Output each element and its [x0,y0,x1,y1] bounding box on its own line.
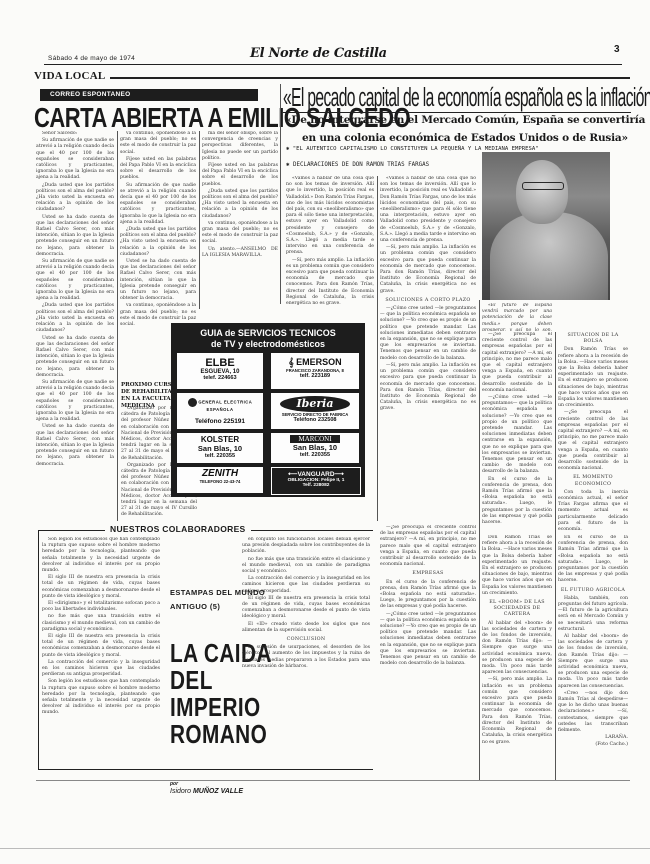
ge-logo-icon [188,398,197,407]
paragraph: —¿Se preocupa el creciente control de la… [380,525,476,568]
interview-column-3: —¿Se preocupa el creciente control de la… [482,332,552,532]
interview-column-4: SITUACION DE LA BOLSA Don Ramón Trías se… [558,330,628,530]
ad-cell-marconi: MARCONI San Blas, 10 telf. 220355 [271,433,359,463]
paragraph: Son legión los estudiosos que han contem… [42,679,160,716]
ad-cell-kolster: KOLSTER San Blas, 10 telf. 220355 [177,433,263,463]
photo-face [516,160,568,224]
bottom-rule [36,780,630,781]
paragraph: ma del señor obispo, sobre la convergenc… [202,131,278,162]
masthead-rule [44,64,622,65]
headline-rule [283,112,631,113]
interview-column-1: «Vamos a hablar de una cosa que no son l… [286,176,374,311]
paragraph: Habla, también, con preguntas del futuro… [558,596,628,633]
ad-cell-iberia: Iberia SERVICIO DIRECTO DE FABRICA Teléf… [271,393,359,429]
subhead: EMPRESAS [380,571,476,577]
paragraph: ¿Duda usted que los partidos políticos s… [120,227,196,258]
paragraph: Su afirmación de que nadie se atrevió a … [120,183,196,226]
phone: telf. 220355 [177,453,263,459]
interview-column-6: Don Ramón Trías se refiere ahora a la re… [482,535,552,780]
paragraph: ¿Duda usted que los partidos políticos s… [36,303,114,334]
brand-name: Iberia [280,396,350,412]
paragraph: Don Ramón Trías se refiere ahora a la re… [558,347,628,409]
page-number: 3 [614,44,620,55]
closing-paragraph: «Creo —nos dijo don Ramón Trías al despe… [558,691,628,734]
brand-row: 𝄞 EMERSON [271,357,359,368]
paragraph: ¿Duda usted que los partidos políticos s… [36,183,114,214]
paragraph: —Sí, pero más amplio. La inflación es un… [380,363,476,413]
phone: telf. 220355 [271,452,359,458]
paragraph: Al hablar del «boom» de las sociedades d… [558,634,628,690]
collaborators-column-1: Son legión los estudiosos que han contem… [42,537,160,765]
paragraph: Don Ramón Trías se refiere ahora a la re… [482,535,552,597]
newspaper-name: El Norte de Castilla [250,46,387,61]
paragraph: Su afirmación de que nadie se atrevió a … [36,138,114,181]
phone: Teléfono 225191 [177,418,263,425]
interview-photo [482,152,610,300]
column-divider [555,332,556,780]
section-rule [110,77,630,79]
letter-salutation: Señor Salcedo: [36,131,114,137]
letter-kicker: CORREO ESPONTANEO [40,89,258,101]
photo-figure [490,212,608,300]
paragraph: Usted se ha dado cuenta de que las decla… [120,259,196,302]
ad-cell-emerson: 𝄞 EMERSON FRANCISCO ZARANDONA, 8 telf. 2… [271,353,359,389]
phone: Telf. 228082 [272,483,360,488]
arrow-icon: ⟶ [335,471,344,478]
paragraph: va continuo, oponiéndose a la gran masa … [120,131,196,156]
paragraph: Al hablar del «boom» de las sociedades d… [482,621,552,677]
ad-cell-vanguard: ⟵VANGUARD⟶ OBLIGACION: Felipe II, 1 Telf… [271,467,361,495]
paragraph: Con toda la inercia económica actual, el… [558,490,628,530]
subhead: SOLUCIONES A CORTO PLAZO [380,298,476,304]
subhead: EL FUTURO AGRICOLA [558,588,628,594]
interview-headline: «El pecado capital de la economía españo… [283,84,650,114]
byline-prefix: por [170,781,178,787]
brand-name: GENERAL ELECTRICA ESPAÑOLA [198,400,252,412]
letter-column-1: Señor Salcedo: Su afirmación de que nadi… [36,131,114,521]
interview-column-5: —¿Se preocupa el creciente control de la… [380,525,476,780]
paragraph: La sucesión de usurpaciones, el desorden… [242,645,370,670]
author-last-name: MUÑOZ VALLE [193,788,243,795]
phone: telef. 224663 [177,375,263,381]
interview-column-2: «Vamos a hablar de una cosa que no son l… [380,176,476,521]
caption-text: «El futuro de España vendrá marcado por … [482,303,552,331]
section-title: VIDA LOCAL [34,70,105,82]
paragraph: Usted se ha dado cuenta de que las decla… [36,336,114,379]
address: San Blas, 10 [271,443,359,452]
paragraph: La contracción del comercio y la insegur… [42,660,160,679]
paragraph: Usted se ha dado cuenta de que las decla… [36,215,114,258]
subhead: EL MOMENTO ECONOMICO [558,475,628,487]
collaborators-title: NUESTROS COLABORADORES [105,524,251,534]
interview-bullet-2: ✱ DECLARACIONES DE DON RAMON TRIAS FARGA… [286,162,429,169]
brand-name: ZENITH [177,468,263,479]
paragraph: Su afirmación de que nadie se atrevió a … [36,259,114,302]
brand-row: ⟵VANGUARD⟶ [272,470,360,478]
asterisk-icon: ✱ [286,162,293,168]
tv-services-advertisement: GUIA de SERVICIOS TECNICOS de TV y elect… [171,323,365,497]
letter-signature: Un atento.—ANSELMO DE LA IGLESIA MARAVIL… [202,247,278,259]
interview-subheadline-1: «De no integrarse en el Mercado Común, E… [285,114,645,126]
ad-title-line-1: GUIA de SERVICIOS TECNICOS [171,328,365,339]
brand-name: KOLSTER [177,435,263,444]
paragraph: Fíjese usted en las palabras del Papa Pa… [120,157,196,182]
paragraph: —Sí, pero más amplio. La inflación es un… [380,245,476,295]
paragraph: no fue más que una transición entre el c… [242,557,370,576]
ad-title-line-2: de TV y electrodomésticos [171,339,365,350]
issue-date: Sábado 4 de mayo de 1974 [48,55,135,62]
subhead: CONCLUSION [242,637,370,643]
paragraph: —¿Se preocupa el creciente control de la… [482,332,552,394]
interview-subheadline-2: en una colonia económica de Estados Unid… [302,132,628,144]
phone: telf. 223189 [271,373,359,379]
paragraph: El siglo III de nuestra era presencia la… [242,596,370,621]
phone: Teléfono 232508 [271,417,359,423]
address: San Blas, 10 [177,444,263,453]
brand-row: GENERAL ELECTRICA ESPAÑOLA [177,398,263,412]
collaborators-column-3: en conjunto los funcionarios locales deb… [242,537,370,765]
paragraph: El siglo III de nuestra era presencia la… [42,634,160,659]
subhead: SITUACION DE LA BOLSA [558,333,628,345]
column-divider [479,300,480,780]
paragraph: Usted se ha dado cuenta de que las decla… [36,424,114,467]
paragraph: «Vamos a hablar de una cosa que no son l… [380,176,476,244]
paragraph: —¿Cómo cree usted —le preguntamos— que l… [380,306,476,362]
column-divider [377,176,378,521]
photo-credit: (Foto Cacho.) [558,742,628,748]
asterisk-icon: ✱ [286,146,293,152]
paragraph: —¿Cómo cree usted —le preguntamos— que l… [482,395,552,476]
column-divider [199,131,200,309]
paragraph: va continuo, oponiéndose a la gran masa … [202,221,278,246]
ad-cell-zenith: ZENITH TELEFONO 22-43-74 [177,467,263,493]
paragraph: En el curso de la conferencia de prensa,… [558,535,628,585]
ad-cell-elbe: ELBE ESGUEVA, 10 telef. 224663 [177,353,263,389]
paragraph: El «dirigismo» y el totalitarismo sofoca… [42,601,160,613]
phone: TELEFONO 22-43-74 [177,479,263,484]
paragraph: La contracción del comercio y la insegur… [242,576,370,595]
paragraph: «Vamos a hablar de una cosa que no son l… [286,176,374,257]
letter-column-3: ma del señor obispo, sobre la convergenc… [202,131,278,309]
brand-name: ELBE [177,357,263,369]
bullet-text: DECLARACIONES DE DON RAMON TRIAS FARGAS [293,162,429,168]
subhead: EL «BOOM» DE LAS SOCIEDADES DE CARTERA [482,600,552,619]
paragraph: El siglo III de nuestra era presencia la… [42,575,160,600]
brand-name: VANGUARD [297,471,334,478]
paragraph: Fíjese usted en las palabras del Papa Pa… [202,163,278,188]
paragraph: En el curso de la conferencia de prensa,… [380,580,476,611]
brand-name: MARCONI [290,435,340,443]
paragraph: —Sí, pero más amplio. La inflación es un… [482,677,552,745]
paragraph: Son legión los estudiosos que han contem… [42,537,160,574]
paragraph: —¿Se preocupa el creciente control de la… [558,410,628,472]
column-divider [117,131,118,521]
author-first-name: Isidoro [170,788,191,795]
paragraph: El «ID» creado visto desde los siglos qu… [242,622,370,634]
brand-name: EMERSON [296,357,342,367]
ad-cell-general-electrica: GENERAL ELECTRICA ESPAÑOLA Teléfono 2251… [177,393,263,429]
interview-column-7: En el curso de la conferencia de prensa,… [558,535,628,780]
paragraph: —Sí, pero más amplio. La inflación es un… [286,258,374,308]
column-divider [280,84,281,304]
paragraph: en conjunto los funcionarios locales deb… [242,537,370,556]
paragraph: —¿Cómo cree usted —le preguntamos— que l… [380,612,476,668]
page-edge-rule [0,848,650,849]
paragraph: En el curso de la conferencia de prensa,… [482,477,552,527]
byline: Isidoro MUÑOZ VALLE [170,788,243,795]
paragraph: no fue más que una transición entre el c… [42,614,160,633]
photo-caption: «El futuro de España vendrá marcado por … [482,303,552,331]
paragraph: ¿Duda usted que los partidos políticos s… [202,189,278,220]
photo-glasses [522,182,564,190]
paragraph: Su afirmación de que nadie se atrevió a … [36,380,114,423]
clef-icon: 𝄞 [288,357,296,367]
